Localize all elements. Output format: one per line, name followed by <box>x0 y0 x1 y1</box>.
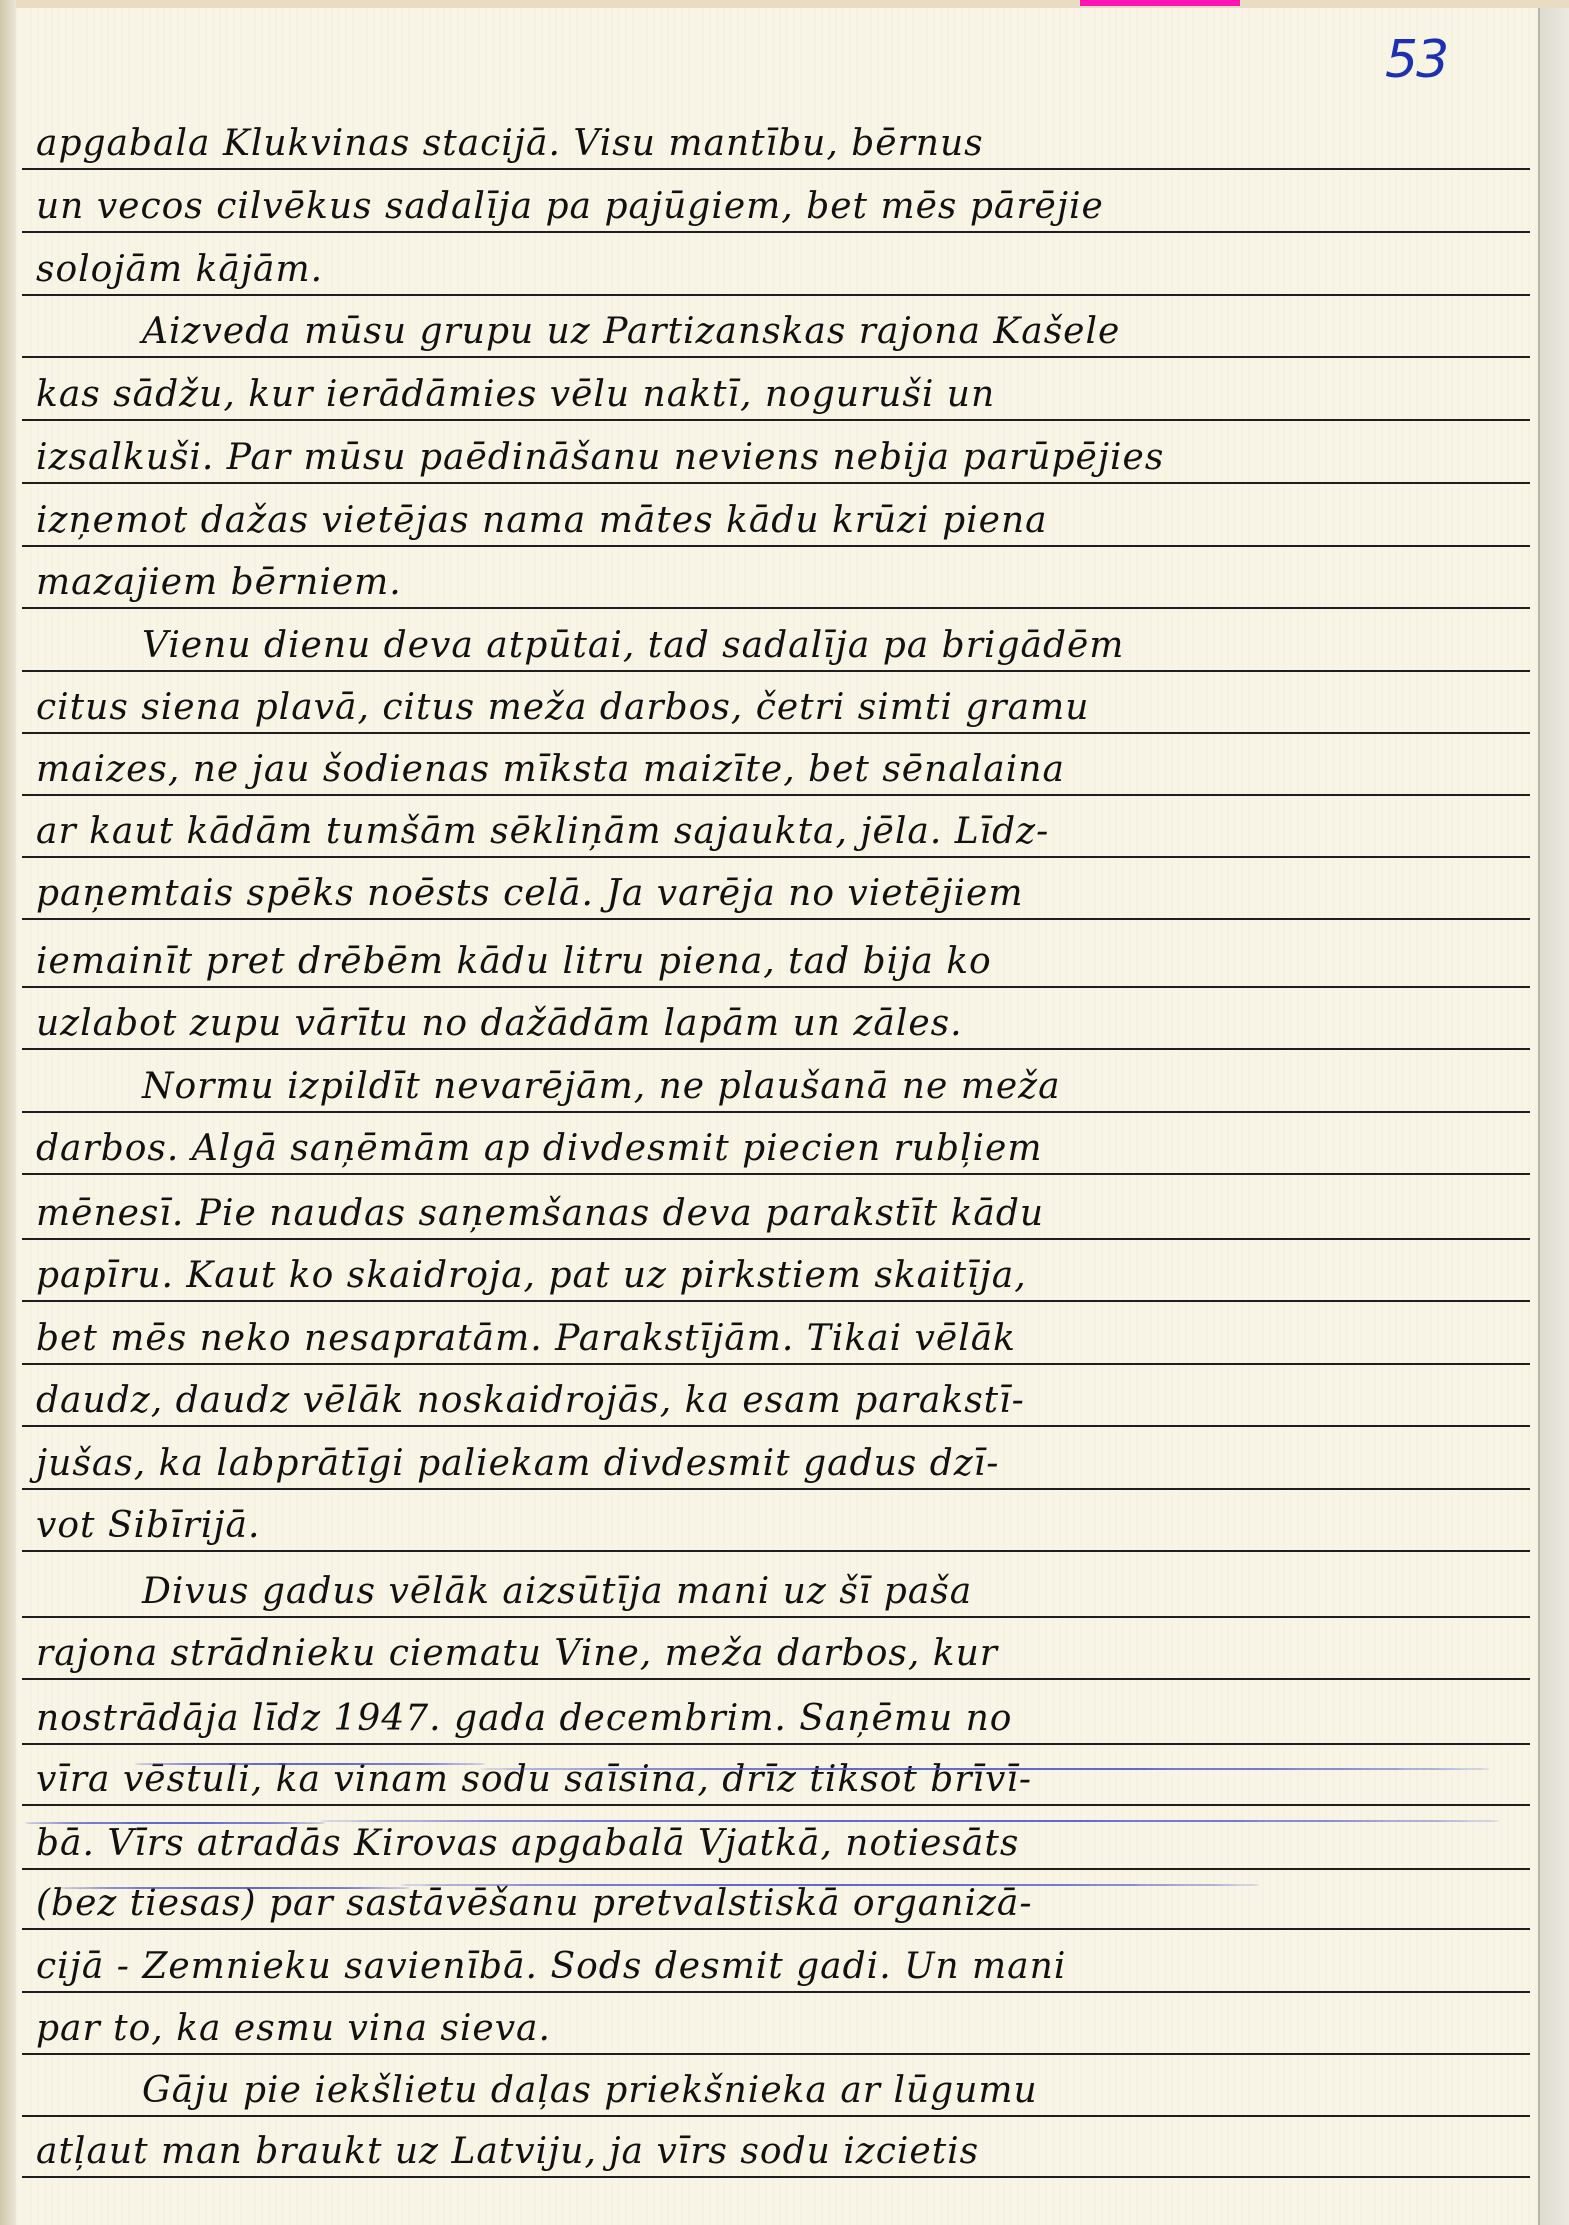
handwritten-line-text: kas sādžu, kur ierādāmies vēlu naktī, no… <box>36 374 995 415</box>
handwritten-line-text: ar kaut kādām tumšām sēkliņām sajaukta, … <box>36 811 1049 852</box>
ruled-line: rajona strādnieku ciematu Vine, meža dar… <box>22 1618 1530 1680</box>
handwritten-line-text: Aizveda mūsu grupu uz Partizanskas rajon… <box>142 311 1120 352</box>
ruled-line: mazajiem bērniem. <box>22 547 1530 609</box>
handwritten-line-text: maizes, ne jau šodienas mīksta maizīte, … <box>36 749 1065 790</box>
handwritten-line-text: un vecos cilvēkus sadalīja pa pajūgiem, … <box>36 186 1104 227</box>
ruled-line: maizes, ne jau šodienas mīksta maizīte, … <box>22 734 1530 796</box>
handwritten-line-text: izņemot dažas vietējas nama mātes kādu k… <box>36 500 1048 541</box>
handwritten-line-text: (bez tiesas) par sastāvēšanu pretvalstis… <box>36 1883 1033 1924</box>
handwritten-line-text: paņemtais spēks noēsts celā. Ja varēja n… <box>36 873 1023 914</box>
page-number: 53 <box>1385 30 1447 90</box>
ruled-line: bet mēs neko nesapratām. Parakstījām. Ti… <box>22 1303 1530 1365</box>
ruled-line: un vecos cilvēkus sadalīja pa pajūgiem, … <box>22 171 1530 233</box>
ruled-line: jušas, ka labprātīgi paliekam divdesmit … <box>22 1428 1530 1490</box>
handwritten-line-text: citus siena plavā, citus meža darbos, če… <box>36 687 1089 728</box>
handwritten-line-text: mēnesī. Pie naudas saņemšanas deva parak… <box>36 1193 1044 1234</box>
blue-underline-annotation <box>400 1884 1260 1886</box>
handwritten-line-text: papīru. Kaut ko skaidroja, pat uz pirkst… <box>36 1255 1027 1296</box>
ruled-line: uzlabot zupu vārītu no dažādām lapām un … <box>22 988 1530 1050</box>
handwritten-line-text: solojām kājām. <box>36 249 323 290</box>
pink-tab-marker <box>1080 0 1240 6</box>
handwritten-line-text: atļaut man braukt uz Latviju, ja vīrs so… <box>36 2131 979 2172</box>
ruled-line: Aizveda mūsu grupu uz Partizanskas rajon… <box>22 296 1530 358</box>
ruled-line: iemainīt pret drēbēm kādu litru piena, t… <box>22 926 1530 988</box>
ruled-line: Normu izpildīt nevarējām, ne plaušanā ne… <box>22 1051 1530 1113</box>
blue-underline-annotation <box>320 1820 1500 1822</box>
ruled-line: atļaut man braukt uz Latviju, ja vīrs so… <box>22 2116 1530 2178</box>
ruled-line: Gāju pie iekšlietu daļas priekšnieka ar … <box>22 2055 1530 2117</box>
handwritten-line-text: vot Sibīrijā. <box>36 1505 260 1546</box>
handwritten-line-text: rajona strādnieku ciematu Vine, meža dar… <box>36 1633 998 1674</box>
handwritten-line-text: nostrādāja līdz 1947. gada decembrim. Sa… <box>36 1698 1012 1739</box>
page-top-edge <box>0 0 1569 8</box>
handwritten-line-text: iemainīt pret drēbēm kādu litru piena, t… <box>36 941 992 982</box>
ruled-line: darbos. Algā saņēmām ap divdesmit piecie… <box>22 1113 1530 1175</box>
ruled-line: paņemtais spēks noēsts celā. Ja varēja n… <box>22 858 1530 920</box>
ruled-line: (bez tiesas) par sastāvēšanu pretvalstis… <box>22 1868 1530 1930</box>
handwritten-line-text: Normu izpildīt nevarējām, ne plaušanā ne… <box>142 1066 1061 1107</box>
ruled-line: Divus gadus vēlāk aizsūtīja mani uz šī p… <box>22 1556 1530 1618</box>
ruled-line: papīru. Kaut ko skaidroja, pat uz pirkst… <box>22 1240 1530 1302</box>
handwritten-line-text: apgabala Klukvinas stacijā. Visu mantību… <box>36 123 984 164</box>
handwritten-line-text: izsalkuši. Par mūsu paēdināšanu neviens … <box>36 437 1164 478</box>
ruled-line: Vienu dienu deva atpūtai, tad sadalīja p… <box>22 610 1530 672</box>
blue-underline-annotation <box>480 1768 1490 1770</box>
blue-underline-annotation <box>60 1887 410 1889</box>
handwritten-line-text: bā. Vīrs atradās Kirovas apgabalā Vjatkā… <box>36 1823 1019 1864</box>
ruled-line: apgabala Klukvinas stacijā. Visu mantību… <box>22 108 1530 170</box>
handwritten-line-text: Divus gadus vēlāk aizsūtīja mani uz šī p… <box>142 1571 972 1612</box>
page-binding-edge <box>0 0 16 2225</box>
handwritten-line-text: bet mēs neko nesapratām. Parakstījām. Ti… <box>36 1318 1016 1359</box>
ruled-line: daudz, daudz vēlāk noskaidrojās, ka esam… <box>22 1365 1530 1427</box>
handwritten-line-text: cijā - Zemnieku savienībā. Sods desmit g… <box>36 1946 1066 1987</box>
ruled-line: mēnesī. Pie naudas saņemšanas deva parak… <box>22 1178 1530 1240</box>
ruled-line: vīra vēstuli, ka vinam sodu saīsina, drī… <box>22 1744 1530 1806</box>
ruled-line: citus siena plavā, citus meža darbos, če… <box>22 672 1530 734</box>
ruled-line: nostrādāja līdz 1947. gada decembrim. Sa… <box>22 1683 1530 1745</box>
ruled-line: kas sādžu, kur ierādāmies vēlu naktī, no… <box>22 359 1530 421</box>
blue-underline-annotation <box>135 1763 485 1765</box>
handwritten-line-text: Vienu dienu deva atpūtai, tad sadalīja p… <box>142 625 1124 666</box>
ruled-line: cijā - Zemnieku savienībā. Sods desmit g… <box>22 1931 1530 1993</box>
handwritten-line-text: daudz, daudz vēlāk noskaidrojās, ka esam… <box>36 1380 1025 1421</box>
handwritten-line-text: jušas, ka labprātīgi paliekam divdesmit … <box>36 1443 999 1484</box>
handwritten-line-text: darbos. Algā saņēmām ap divdesmit piecie… <box>36 1128 1042 1169</box>
page-right-margin <box>1540 8 1569 2225</box>
handwritten-line-text: par to, ka esmu vina sieva. <box>36 2008 551 2049</box>
ruled-line: izsalkuši. Par mūsu paēdināšanu neviens … <box>22 422 1530 484</box>
handwritten-line-text: mazajiem bērniem. <box>36 562 402 603</box>
ruled-line: par to, ka esmu vina sieva. <box>22 1993 1530 2055</box>
blue-underline-annotation <box>25 1822 325 1824</box>
handwritten-line-text: Gāju pie iekšlietu daļas priekšnieka ar … <box>142 2070 1038 2111</box>
ruled-line: solojām kājām. <box>22 234 1530 296</box>
ruled-line: bā. Vīrs atradās Kirovas apgabalā Vjatkā… <box>22 1808 1530 1870</box>
ruled-line: ar kaut kādām tumšām sēkliņām sajaukta, … <box>22 796 1530 858</box>
ruled-line: vot Sibīrijā. <box>22 1490 1530 1552</box>
handwritten-line-text: vīra vēstuli, ka vinam sodu saīsina, drī… <box>36 1759 1032 1800</box>
ruled-line: izņemot dažas vietējas nama mātes kādu k… <box>22 485 1530 547</box>
handwritten-line-text: uzlabot zupu vārītu no dažādām lapām un … <box>36 1003 963 1044</box>
